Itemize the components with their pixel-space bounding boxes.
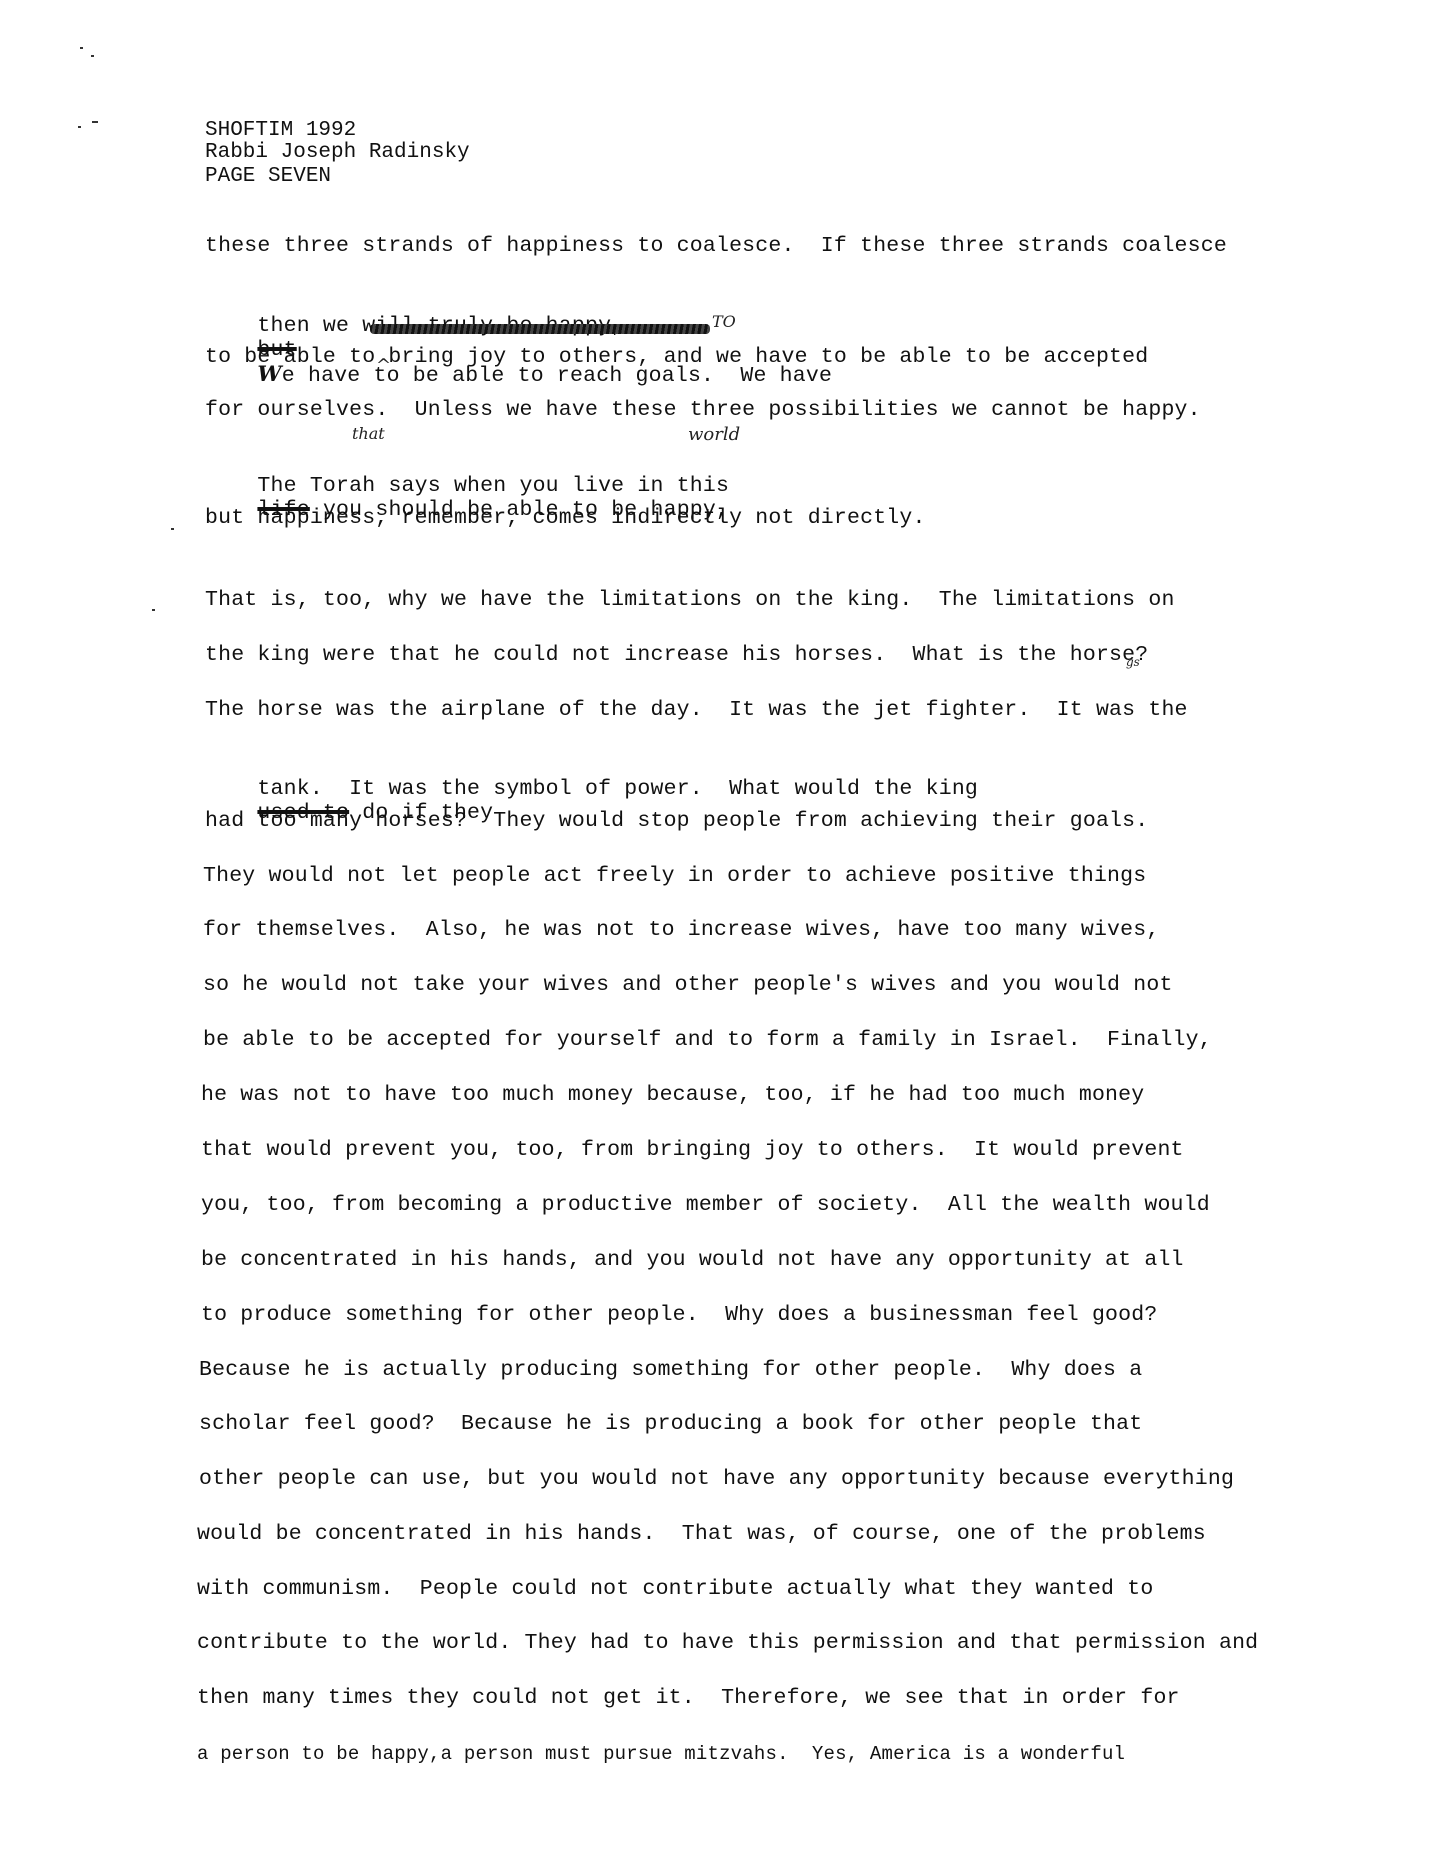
text-line: The horse was the airplane of the day. I…	[205, 698, 1188, 722]
text-line: you, too, from becoming a productive mem…	[201, 1193, 1210, 1217]
scan-speck	[171, 528, 174, 530]
text-line: with communism. People could not contrib…	[197, 1577, 1153, 1601]
text-line: had too many horses? They would stop peo…	[205, 809, 1148, 833]
handwritten-world-insert: world	[688, 424, 740, 445]
scan-speck	[80, 47, 83, 49]
text-line: to be able to bring joy to others, and w…	[205, 345, 1148, 369]
scribbled-out-handwriting	[370, 324, 710, 334]
line-segment: The Torah says when you live in this	[257, 474, 729, 498]
text-line: be concentrated in his hands, and you wo…	[201, 1248, 1184, 1272]
text-line: That is, too, why we have the limitation…	[205, 588, 1175, 612]
text-line: would be concentrated in his hands. That…	[197, 1522, 1206, 1546]
handwritten-that-insert: that	[352, 424, 385, 443]
text-line: other people can use, but you would not …	[199, 1467, 1234, 1491]
document-header: SHOFTIM 1992 Rabbi Joseph Radinsky PAGE …	[205, 120, 470, 188]
handwritten-to-insert: TO	[712, 312, 736, 331]
text-line: tank. It was the symbol of power. What w…	[205, 753, 978, 849]
text-line: for themselves. Also, he was not to incr…	[203, 918, 1159, 942]
text-line: but happiness, remember, comes indirectl…	[205, 506, 926, 530]
text-line: that would prevent you, too, from bringi…	[201, 1138, 1184, 1162]
text-line: so he would not take your wives and othe…	[203, 973, 1173, 997]
text-line: to produce something for other people. W…	[201, 1303, 1157, 1327]
text-line: They would not let people act freely in …	[203, 864, 1146, 888]
text-line: these three strands of happiness to coal…	[205, 234, 1227, 258]
line-segment: tank. It was the symbol of power. What w…	[257, 777, 978, 801]
text-line: for ourselves. Unless we have these thre…	[205, 398, 1201, 422]
text-line: Because he is actually producing somethi…	[199, 1358, 1142, 1382]
page-label: PAGE SEVEN	[205, 166, 470, 188]
scan-speck	[92, 121, 98, 123]
margin-mark: gs	[1126, 655, 1140, 669]
sermon-title: SHOFTIM 1992	[205, 120, 470, 142]
scan-speck	[91, 55, 94, 57]
scanned-document-page: SHOFTIM 1992 Rabbi Joseph Radinsky PAGE …	[0, 0, 1430, 1851]
text-line: he was not to have too much money becaus…	[201, 1083, 1144, 1107]
text-line: The Torah says when you live in this lif…	[205, 450, 729, 546]
author-name: Rabbi Joseph Radinsky	[205, 142, 470, 164]
caret-icon: ^	[376, 355, 391, 376]
scan-speck	[78, 126, 81, 128]
scan-speck	[152, 609, 155, 611]
text-line: a person to be happy,a person must pursu…	[197, 1743, 1125, 1765]
text-line: contribute to the world. They had to hav…	[197, 1631, 1258, 1655]
text-line: the king were that he could not increase…	[205, 643, 1148, 667]
text-line: be able to be accepted for yourself and …	[203, 1028, 1212, 1052]
text-line: then many times they could not get it. T…	[197, 1686, 1180, 1710]
text-line: scholar feel good? Because he is produci…	[199, 1412, 1142, 1436]
